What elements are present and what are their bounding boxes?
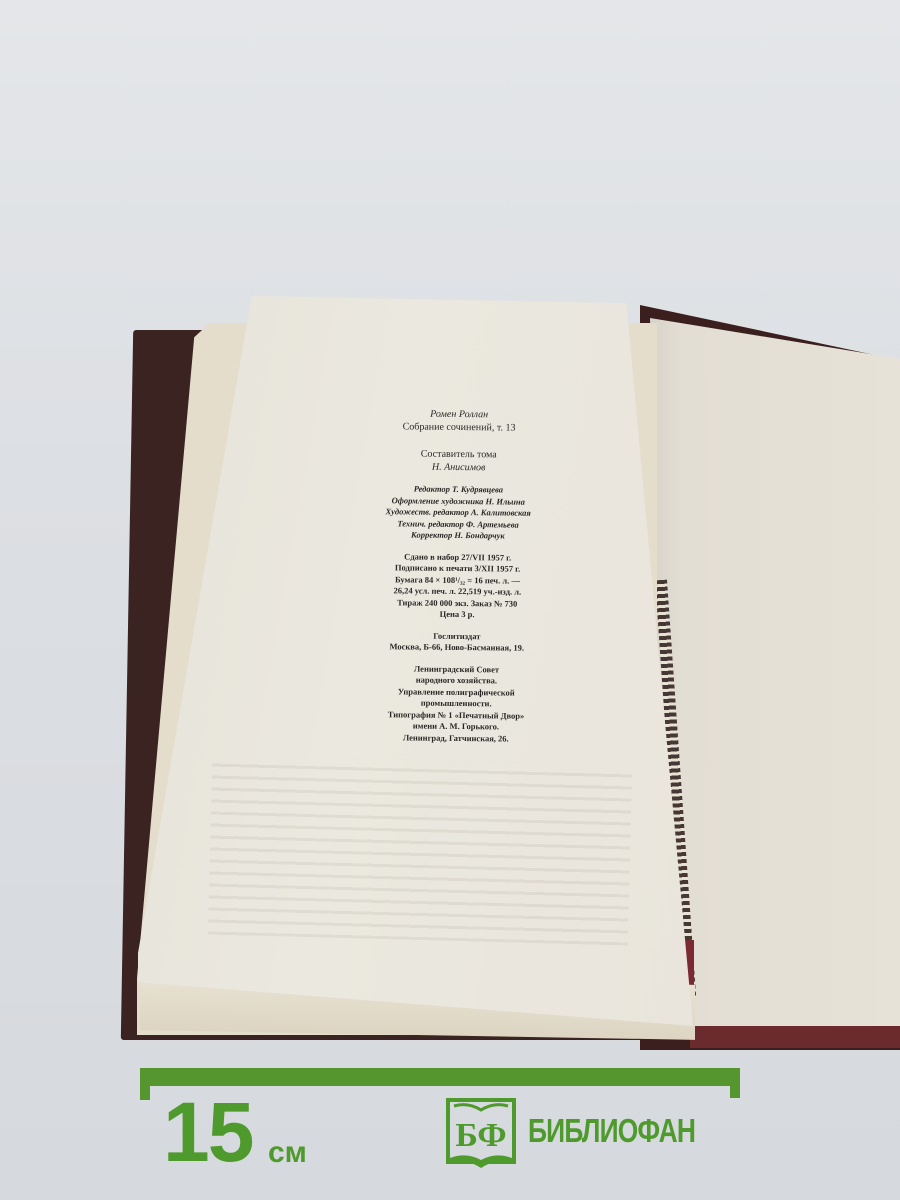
ruler-tick-left [140, 1068, 150, 1100]
printer-line: Ленинград, Гатчинская, 26. [348, 731, 563, 745]
brand-name: БИБЛИОФАН [528, 1113, 695, 1149]
imprint-block: Ромен Роллан Собрание сочинений, т. 13 С… [348, 407, 567, 745]
ruler-tick-right [730, 1068, 740, 1098]
ruler-bar [140, 1068, 740, 1086]
open-book-icon: БФ [446, 1098, 516, 1170]
show-through-text [208, 755, 633, 946]
logo-letters: БФ [455, 1117, 506, 1154]
photo-scene: Ромен Роллан Собрание сочинений, т. 13 С… [0, 0, 900, 1200]
ruler-value: 15 [163, 1090, 252, 1174]
ruler-unit: см [268, 1138, 307, 1168]
